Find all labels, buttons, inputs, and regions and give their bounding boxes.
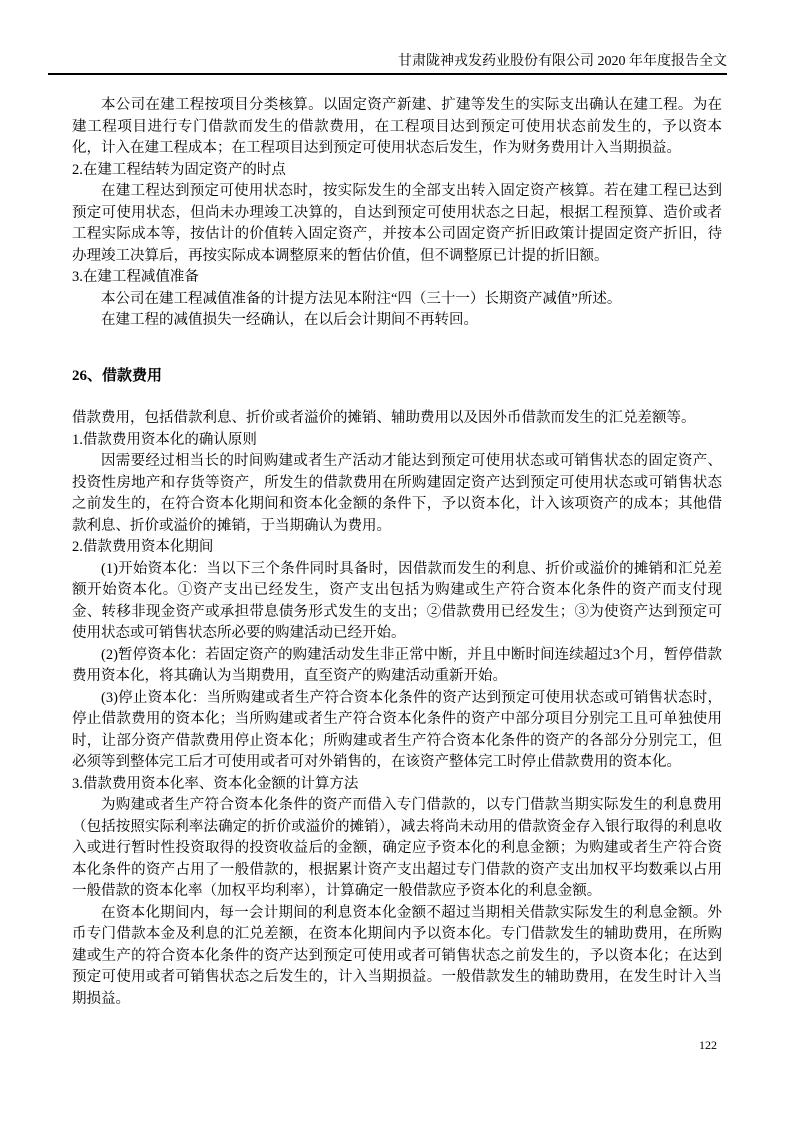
document-body: 本公司在建工程按项目分类核算。以固定资产新建、扩建等发生的实际支出确认在建工程。…: [72, 95, 722, 1010]
page-number: 122: [699, 1038, 717, 1053]
subheading-cip-transfer-timing: 2.在建工程结转为固定资产的时点: [72, 160, 722, 182]
subheading-cip-impairment: 3.在建工程减值准备: [72, 267, 722, 289]
report-title-header: 甘肃陇神戎发药业股份有限公司 2020 年年度报告全文: [398, 53, 727, 71]
paragraph-impairment-method: 本公司在建工程减值准备的计提方法见本附注“四（三十一）长期资产减值”所述。: [72, 289, 722, 311]
paragraph-capitalization-principle: 因需要经过相当长的时间购建或者生产活动才能达到预定可使用状态或可销售状态的固定资…: [72, 451, 722, 537]
paragraph-rate-calculation: 为购建或者生产符合资本化条件的资产而借入专门借款的，以专门借款当期实际发生的利息…: [72, 795, 722, 903]
header-rule: [48, 73, 727, 75]
paragraph-borrowing-costs-def: 借款费用，包括借款利息、折价或者溢价的摊销、辅助费用以及因外币借款而发生的汇兑差…: [72, 408, 722, 430]
paragraph-cip-transfer: 在建工程达到预定可使用状态时，按实际发生的全部支出转入固定资产核算。若在建工程已…: [72, 181, 722, 267]
document-page: 甘肃陇神戎发药业股份有限公司 2020 年年度报告全文 本公司在建工程按项目分类…: [0, 0, 793, 1122]
paragraph-capitalization-start: (1)开始资本化：当以下三个条件同时具备时，因借款而发生的利息、折价或溢价的摊销…: [72, 559, 722, 645]
paragraph-impairment-no-reversal: 在建工程的减值损失一经确认，在以后会计期间不再转回。: [72, 310, 722, 332]
paragraph-capitalization-limits: 在资本化期间内，每一会计期间的利息资本化金额不超过当期相关借款实际发生的利息金额…: [72, 903, 722, 1011]
section-heading-borrowing-costs: 26、借款费用: [72, 366, 722, 388]
paragraph-capitalization-stop: (3)停止资本化：当所购建或者生产符合资本化条件的资产达到预定可使用状态或可销售…: [72, 688, 722, 774]
paragraph-capitalization-suspend: (2)暂停资本化：若固定资产的购建活动发生非正常中断，并且中断时间连续超过3个月…: [72, 645, 722, 688]
subheading-capitalization-rate: 3.借款费用资本化率、资本化金额的计算方法: [72, 774, 722, 796]
subheading-capitalization-principle: 1.借款费用资本化的确认原则: [72, 430, 722, 452]
paragraph-cip-accounting: 本公司在建工程按项目分类核算。以固定资产新建、扩建等发生的实际支出确认在建工程。…: [72, 95, 722, 160]
subheading-capitalization-period: 2.借款费用资本化期间: [72, 537, 722, 559]
